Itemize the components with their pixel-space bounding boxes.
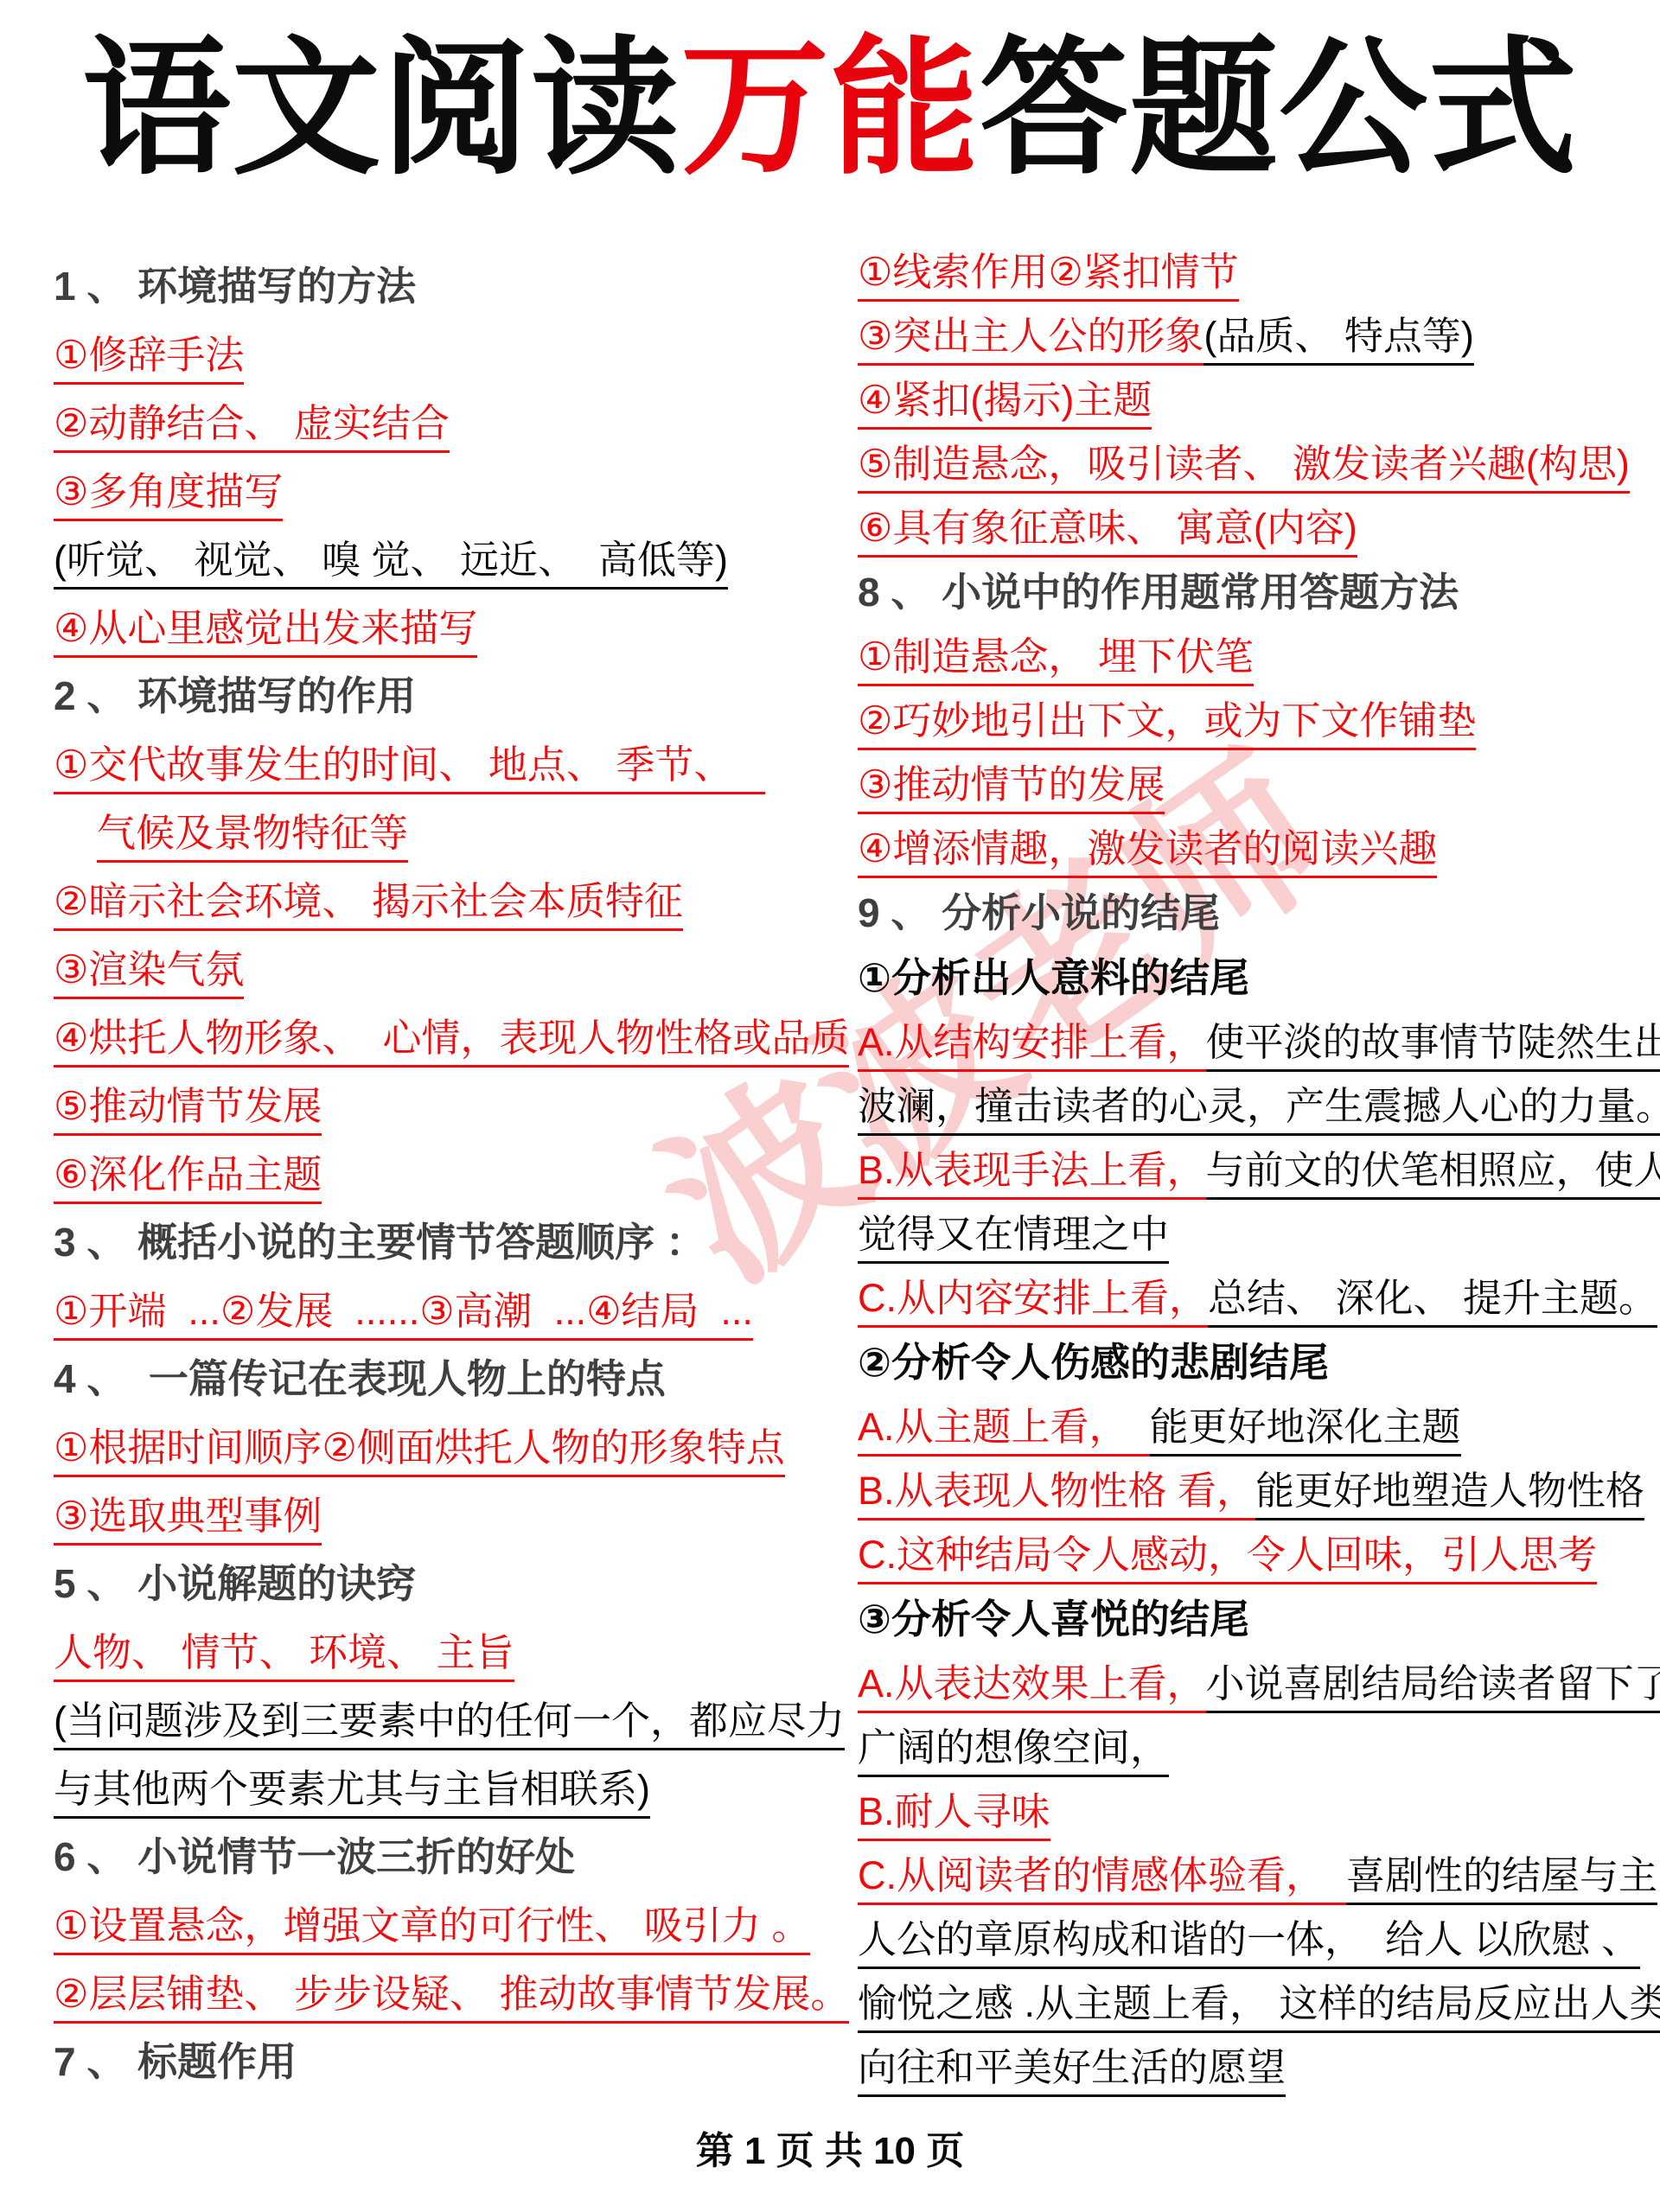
text-line: ①开端 ...②发展 ......③高潮 ...④结局 ... <box>54 1277 836 1345</box>
title-segment-highlight: 万能 <box>680 26 980 192</box>
text-line: B.从表现手法上看，与前文的伏笔相照应，使人 <box>858 1138 1649 1202</box>
text-line: ②暗示社会环境、 揭示社会本质特征 <box>54 867 836 935</box>
text-line: 广阔的想像空间， <box>858 1716 1649 1780</box>
text-segment: 小说喜剧结局给读者留下了 <box>1206 1661 1660 1713</box>
text-line: ②巧妙地引出下文，或为下文作铺垫 <box>858 689 1649 753</box>
text-line: B.从表现人物性格 看，能更好地塑造人物性格 <box>858 1459 1649 1523</box>
text-segment: 9 、 分析小说的结尾 <box>858 890 1220 935</box>
text-segment: B.从表现人物性格 看， <box>858 1469 1255 1520</box>
text-segment: ⑤制造悬念，吸引读者、 激发读者兴趣(构思) <box>858 442 1630 494</box>
text-line: ⑤推动情节发展 <box>54 1072 836 1140</box>
text-segment: ③分析令人喜悦的结尾 <box>858 1597 1249 1641</box>
text-line: ⑥深化作品主题 <box>54 1140 836 1208</box>
text-segment: C.这种结局令人感动，令人回味，引人思考 <box>858 1533 1597 1584</box>
text-line: ①设置悬念，增强文章的可行性、 吸引力 。 <box>54 1891 836 1960</box>
text-line: (听觉、 视觉、 嗅 觉、 远近、 高低等) <box>54 526 836 594</box>
text-segment: ②分析令人伤感的悲剧结尾 <box>858 1340 1329 1385</box>
section-header: 2 、 环境描写的作用 <box>54 662 836 730</box>
text-line: (当问题涉及到三要素中的任何一个，都应尽力 <box>54 1686 836 1755</box>
text-segment: 波澜，撞击读者的心灵，产生震撼人心的力量。 <box>858 1084 1660 1136</box>
text-line: ③多角度描写 <box>54 457 836 526</box>
text-segment: 愉悦之感 .从主题上看， 这样的结局反应出人类 <box>858 1981 1660 2033</box>
text-segment: 人公的章原构成和谐的一体， 给人 以欣慰 、 <box>858 1917 1640 1969</box>
text-segment: 气候及景物特征等 <box>97 811 408 863</box>
text-line: ①制造悬念， 埋下伏笔 <box>858 625 1649 689</box>
text-segment: ①交代故事发生的时间、 地点、 季节、 <box>54 743 765 794</box>
text-segment: B.从表现手法上看， <box>858 1148 1206 1200</box>
text-line: A.从结构安排上看，使平淡的故事情节陡然生出 <box>858 1010 1649 1074</box>
text-line: B.耐人寻味 <box>858 1780 1649 1844</box>
text-segment: 喜剧性的结屋与主 <box>1346 1853 1657 1905</box>
text-segment: (当问题涉及到三要素中的任何一个，都应尽力 <box>54 1699 845 1750</box>
section-header: 8 、 小说中的作用题常用答题方法 <box>858 560 1649 625</box>
section-header: 1 、 环境描写的方法 <box>54 252 836 321</box>
text-segment: 1 、 环境描写的方法 <box>54 264 416 309</box>
text-line: ③推动情节的发展 <box>858 753 1649 817</box>
text-line: ③突出主人公的形象(品质、 特点等) <box>858 304 1649 368</box>
text-segment: ②巧妙地引出下文，或为下文作铺垫 <box>858 698 1476 750</box>
text-segment: 向往和平美好生活的愿望 <box>858 2045 1286 2097</box>
text-line: ③选取典型事例 <box>54 1482 836 1550</box>
text-segment: ②动静结合、 虚实结合 <box>54 401 450 453</box>
section-header: 9 、 分析小说的结尾 <box>858 881 1649 946</box>
text-line: ⑤制造悬念，吸引读者、 激发读者兴趣(构思) <box>858 432 1649 496</box>
text-segment: (听觉、 视觉、 嗅 觉、 远近、 高低等) <box>54 538 728 590</box>
text-segment: 使平淡的故事情节陡然生出 <box>1206 1020 1660 1072</box>
text-line: ④从心里感觉出发来描写 <box>54 594 836 662</box>
text-segment: A.从表达效果上看， <box>858 1661 1206 1713</box>
section-header: 3 、 概括小说的主要情节答题顺序 ： <box>54 1208 836 1277</box>
title-segment: 语文阅读 <box>82 26 680 192</box>
text-segment: ①线索作用②紧扣情节 <box>858 250 1239 302</box>
text-line: ④烘托人物形象、 心情，表现人物性格或品质 <box>54 1004 836 1072</box>
text-line: ②层层铺垫、 步步设疑、 推动故事情节发展。 <box>54 1960 836 2028</box>
text-segment: ③推动情节的发展 <box>858 762 1165 814</box>
text-line: ③分析令人喜悦的结尾 <box>858 1587 1649 1652</box>
text-line: ①修辞手法 <box>54 321 836 389</box>
text-line: ②动静结合、 虚实结合 <box>54 389 836 457</box>
text-segment: 与其他两个要素尤其与主旨相联系) <box>54 1767 650 1819</box>
text-segment: ①根据时间顺序②侧面烘托人物的形象特点 <box>54 1425 785 1477</box>
text-line: 与其他两个要素尤其与主旨相联系) <box>54 1755 836 1823</box>
right-column: ①线索作用②紧扣情节③突出主人公的形象(品质、 特点等)④紧扣(揭示)主题⑤制造… <box>858 240 1649 2100</box>
text-segment: 8 、 小说中的作用题常用答题方法 <box>858 570 1459 615</box>
text-segment: ④紧扣(揭示)主题 <box>858 378 1152 430</box>
text-segment: C.从阅读者的情感体验看， <box>858 1853 1346 1905</box>
text-segment: ③渲染气氛 <box>54 947 244 999</box>
text-segment: ①设置悬念，增强文章的可行性、 吸引力 。 <box>54 1903 810 1955</box>
text-segment: ①开端 ...②发展 ......③高潮 ...④结局 ... <box>54 1289 753 1341</box>
text-line: 向往和平美好生活的愿望 <box>858 2036 1649 2100</box>
text-segment: 3 、 概括小说的主要情节答题顺序 ： <box>54 1220 705 1265</box>
text-segment: ⑤推动情节发展 <box>54 1084 322 1136</box>
text-segment: 能更好地塑造人物性格 <box>1255 1469 1644 1520</box>
text-segment: 2 、 环境描写的作用 <box>54 673 416 718</box>
text-line: ①线索作用②紧扣情节 <box>858 240 1649 304</box>
section-header: 5 、 小说解题的诀窍 <box>54 1550 836 1618</box>
text-line: 愉悦之感 .从主题上看， 这样的结局反应出人类 <box>858 1972 1649 2036</box>
text-segment: 觉得又在情理之中 <box>858 1212 1169 1264</box>
text-line: A.从表达效果上看，小说喜剧结局给读者留下了 <box>858 1652 1649 1716</box>
text-line: C.从内容安排上看，总结、 深化、 提升主题。 <box>858 1266 1649 1330</box>
text-line: 人公的章原构成和谐的一体， 给人 以欣慰 、 <box>858 1908 1649 1972</box>
text-line: ④增添情趣，激发读者的阅读兴趣 <box>858 817 1649 881</box>
text-line: ①交代故事发生的时间、 地点、 季节、 <box>54 730 836 799</box>
text-line: ①分析出人意料的结尾 <box>858 946 1649 1010</box>
text-segment: ②暗示社会环境、 揭示社会本质特征 <box>54 879 683 931</box>
text-segment: 5 、 小说解题的诀窍 <box>54 1561 416 1606</box>
text-segment: ①制造悬念， 埋下伏笔 <box>858 634 1254 686</box>
text-segment: ④烘托人物形象、 心情，表现人物性格或品质 <box>54 1016 849 1068</box>
section-header: 7 、 标题作用 <box>54 2028 836 2096</box>
text-segment: ④增添情趣，激发读者的阅读兴趣 <box>858 826 1437 878</box>
text-segment: ⑥具有象征意味、 寓意(内容) <box>858 506 1357 558</box>
text-line: 人物、 情节、 环境、 主旨 <box>54 1618 836 1686</box>
text-segment: 4 、 一篇传记在表现人物上的特点 <box>54 1356 666 1401</box>
text-segment: C.从内容安排上看， <box>858 1276 1208 1328</box>
text-segment: ①修辞手法 <box>54 333 244 385</box>
left-column: 1 、 环境描写的方法①修辞手法②动静结合、 虚实结合③多角度描写(听觉、 视觉… <box>54 252 836 2096</box>
text-line: C.这种结局令人感动，令人回味，引人思考 <box>858 1523 1649 1587</box>
text-segment: A.从主题上看， <box>858 1405 1150 1457</box>
text-segment: ⑥深化作品主题 <box>54 1152 322 1204</box>
section-header: 6 、 小说情节一波三折的好处 <box>54 1823 836 1891</box>
text-line: ②分析令人伤感的悲剧结尾 <box>858 1330 1649 1395</box>
text-segment: ②层层铺垫、 步步设疑、 推动故事情节发展。 <box>54 1972 849 2024</box>
text-line: 觉得又在情理之中 <box>858 1202 1649 1266</box>
text-line: ③渲染气氛 <box>54 935 836 1004</box>
text-line: C.从阅读者的情感体验看， 喜剧性的结屋与主 <box>858 1844 1649 1908</box>
text-segment: 总结、 深化、 提升主题。 <box>1208 1276 1657 1328</box>
page-footer: 第 1 页 共 10 页 <box>0 2120 1660 2175</box>
text-segment: B.耐人寻味 <box>858 1789 1050 1841</box>
text-segment: (品质、 特点等) <box>1203 314 1473 366</box>
title-segment: 答题公式 <box>980 26 1578 192</box>
text-segment: ④从心里感觉出发来描写 <box>54 606 477 658</box>
text-segment: ①分析出人意料的结尾 <box>858 955 1249 1000</box>
text-segment: 广阔的想像空间， <box>858 1725 1169 1777</box>
text-segment: ③突出主人公的形象 <box>858 314 1203 366</box>
text-segment: A.从结构安排上看， <box>858 1020 1206 1072</box>
text-segment: ③选取典型事例 <box>54 1494 322 1546</box>
text-line: ①根据时间顺序②侧面烘托人物的形象特点 <box>54 1413 836 1482</box>
text-segment: ③多角度描写 <box>54 469 283 521</box>
text-segment: 与前文的伏笔相照应，使人 <box>1206 1148 1660 1200</box>
text-line: 波澜，撞击读者的心灵，产生震撼人心的力量。 <box>858 1074 1649 1138</box>
text-segment: 人物、 情节、 环境、 主旨 <box>54 1630 514 1682</box>
text-segment: 7 、 标题作用 <box>54 2039 297 2084</box>
text-line: ⑥具有象征意味、 寓意(内容) <box>858 496 1649 560</box>
text-segment: 6 、 小说情节一波三折的好处 <box>54 1834 575 1879</box>
page-title: 语文阅读万能答题公式 <box>0 0 1660 218</box>
text-line: ④紧扣(揭示)主题 <box>858 368 1649 432</box>
text-line: A.从主题上看， 能更好地深化主题 <box>858 1395 1649 1459</box>
section-header: 4 、 一篇传记在表现人物上的特点 <box>54 1345 836 1413</box>
text-segment: 能更好地深化主题 <box>1150 1405 1461 1457</box>
text-line: 气候及景物特征等 <box>54 799 836 867</box>
